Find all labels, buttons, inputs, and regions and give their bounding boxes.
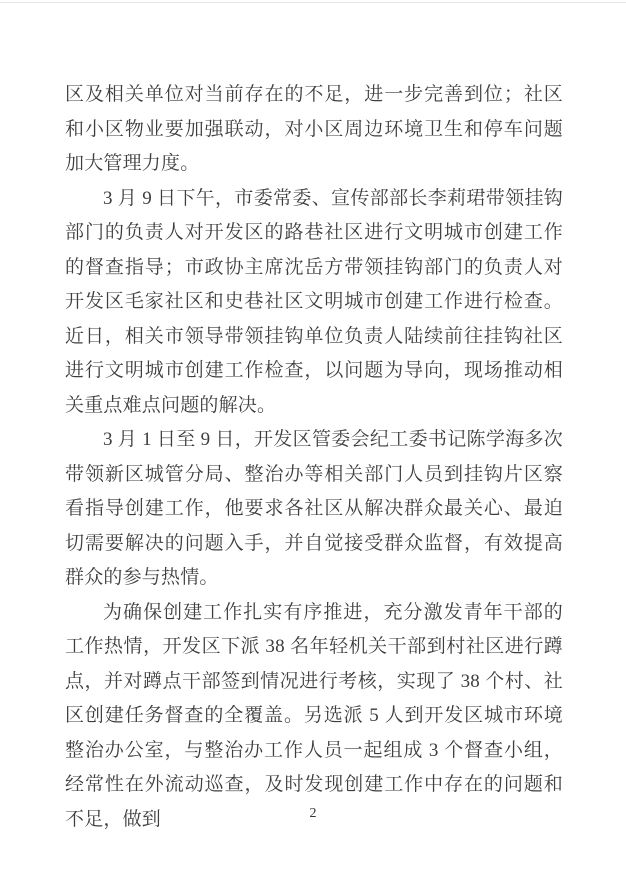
page-top-edge: [0, 2, 626, 3]
page-number: 2: [0, 806, 626, 822]
paragraph-march9-inspection: 3 月 9 日下午，市委常委、宣传部部长李莉珺带领挂钩部门的负责人对开发区的路巷…: [65, 182, 563, 424]
paragraph-continuation: 区及相关单位对当前存在的不足，进一步完善到位；社区和小区物业要加强联动，对小区周…: [65, 78, 563, 182]
paragraph-cadre-deployment: 为确保创建工作扎实有序推进，充分激发青年干部的工作热情，开发区下派 38 名年轻…: [65, 596, 563, 838]
document-page: { "page": { "paragraphs": [ { "indent": …: [0, 0, 626, 887]
document-body: 区及相关单位对当前存在的不足，进一步完善到位；社区和小区物业要加强联动，对小区周…: [65, 78, 563, 837]
paragraph-march1to9-inspection: 3 月 1 日至 9 日，开发区管委会纪工委书记陈学海多次带领新区城管分局、整治…: [65, 423, 563, 596]
